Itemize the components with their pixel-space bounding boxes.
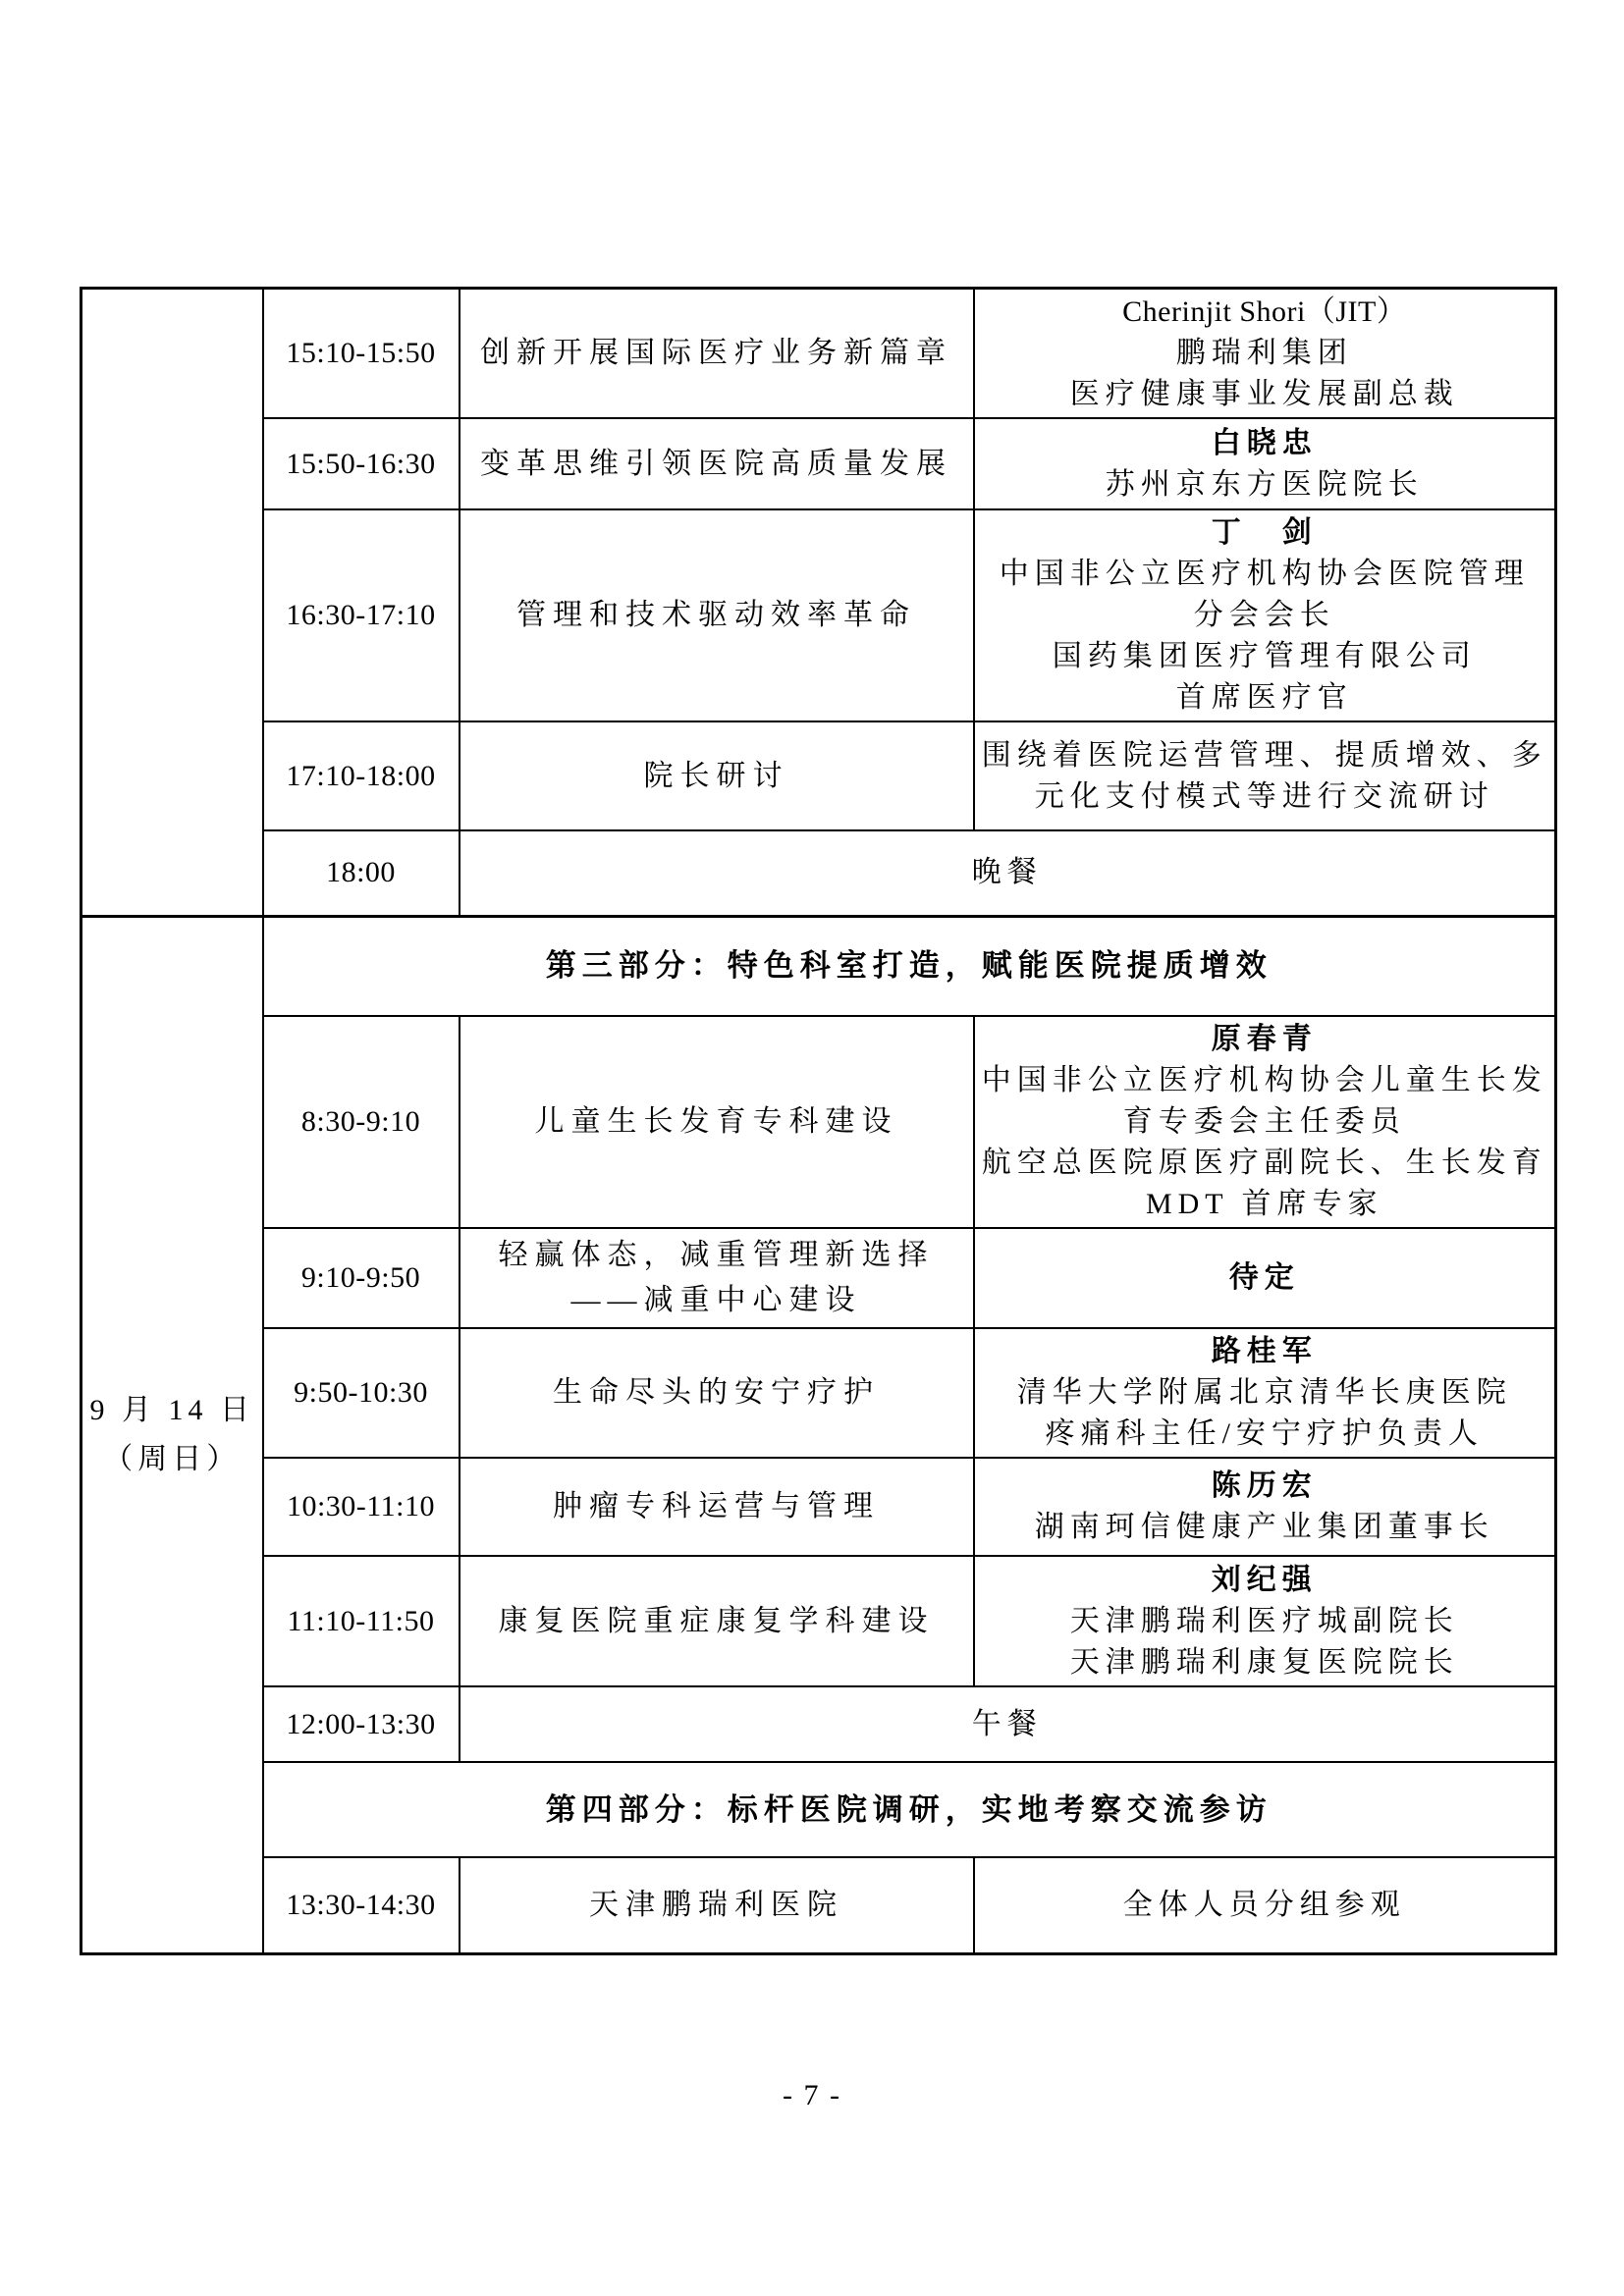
topic-cell: 院长研讨 bbox=[460, 721, 974, 830]
topic-line: 管理和技术驱动效率革命 bbox=[466, 593, 967, 638]
day-group-2: 9 月 14 日（周日）第三部分：特色科室打造，赋能医院提质增效8:30-9:1… bbox=[81, 916, 1556, 1953]
speaker-line: 天津鹏瑞利康复医院院长 bbox=[981, 1642, 1549, 1683]
table-row: 10:30-11:10肿瘤专科运营与管理陈历宏湖南珂信健康产业集团董事长 bbox=[81, 1458, 1556, 1556]
time-cell: 9:50-10:30 bbox=[263, 1328, 460, 1458]
speaker-line: 中国非公立医疗机构协会儿童生长发 bbox=[981, 1060, 1549, 1101]
section-header-cell: 第三部分：特色科室打造，赋能医院提质增效 bbox=[263, 916, 1556, 1016]
date-line: 9 月 14 日 bbox=[88, 1386, 256, 1435]
time-cell: 16:30-17:10 bbox=[263, 509, 460, 721]
date-cell: 9 月 14 日（周日） bbox=[81, 916, 263, 1953]
speaker-line: 原春青 bbox=[981, 1019, 1549, 1060]
table-row: 18:00晚餐 bbox=[81, 830, 1556, 916]
table-row: 16:30-17:10管理和技术驱动效率革命丁 剑中国非公立医疗机构协会医院管理… bbox=[81, 509, 1556, 721]
topic-line: 生命尽头的安宁疗护 bbox=[466, 1370, 967, 1415]
time-cell: 12:00-13:30 bbox=[263, 1686, 460, 1762]
time-cell: 11:10-11:50 bbox=[263, 1556, 460, 1686]
speaker-cell: 刘纪强天津鹏瑞利医疗城副院长天津鹏瑞利康复医院院长 bbox=[974, 1556, 1556, 1686]
topic-cell: 康复医院重症康复学科建设 bbox=[460, 1556, 974, 1686]
topic-line: 康复医院重症康复学科建设 bbox=[466, 1599, 967, 1644]
speaker-line: 元化支付模式等进行交流研讨 bbox=[981, 776, 1549, 818]
table-row: 15:50-16:30变革思维引领医院高质量发展白晓忠苏州京东方医院院长 bbox=[81, 418, 1556, 509]
table-row: 15:10-15:50创新开展国际医疗业务新篇章Cherinjit Shori（… bbox=[81, 289, 1556, 419]
speaker-line: MDT 首席专家 bbox=[981, 1184, 1549, 1225]
speaker-line: 待定 bbox=[981, 1257, 1549, 1299]
page-number: - 7 - bbox=[0, 2079, 1624, 2112]
speaker-line: 医疗健康事业发展副总裁 bbox=[981, 374, 1549, 415]
table-row: 12:00-13:30午餐 bbox=[81, 1686, 1556, 1762]
time-cell: 9:10-9:50 bbox=[263, 1228, 460, 1328]
topic-line: ——减重中心建设 bbox=[466, 1278, 967, 1323]
topic-line: 肿瘤专科运营与管理 bbox=[466, 1484, 967, 1529]
speaker-line: 天津鹏瑞利医疗城副院长 bbox=[981, 1601, 1549, 1642]
speaker-line: 育专委会主任委员 bbox=[981, 1101, 1549, 1143]
table-row: 9:50-10:30生命尽头的安宁疗护路桂军清华大学附属北京清华长庚医院疼痛科主… bbox=[81, 1328, 1556, 1458]
speaker-cell: 原春青中国非公立医疗机构协会儿童生长发育专委会主任委员航空总医院原医疗副院长、生… bbox=[974, 1016, 1556, 1228]
speaker-line: Cherinjit Shori（JIT） bbox=[981, 292, 1549, 333]
document-page: 15:10-15:50创新开展国际医疗业务新篇章Cherinjit Shori（… bbox=[0, 0, 1624, 2296]
speaker-line: 全体人员分组参观 bbox=[981, 1885, 1549, 1926]
speaker-cell: 陈历宏湖南珂信健康产业集团董事长 bbox=[974, 1458, 1556, 1556]
topic-cell: 变革思维引领医院高质量发展 bbox=[460, 418, 974, 509]
topic-line: 创新开展国际医疗业务新篇章 bbox=[466, 331, 967, 376]
speaker-line: 丁 剑 bbox=[981, 512, 1549, 554]
speaker-line: 路桂军 bbox=[981, 1331, 1549, 1372]
meal-cell: 晚餐 bbox=[460, 830, 1556, 916]
table-row: 8:30-9:10儿童生长发育专科建设原春青中国非公立医疗机构协会儿童生长发育专… bbox=[81, 1016, 1556, 1228]
time-cell: 8:30-9:10 bbox=[263, 1016, 460, 1228]
speaker-line: 分会会长 bbox=[981, 595, 1549, 636]
topic-line: 天津鹏瑞利医院 bbox=[466, 1883, 967, 1928]
speaker-cell: 丁 剑中国非公立医疗机构协会医院管理分会会长国药集团医疗管理有限公司首席医疗官 bbox=[974, 509, 1556, 721]
time-cell: 18:00 bbox=[263, 830, 460, 916]
topic-cell: 天津鹏瑞利医院 bbox=[460, 1857, 974, 1953]
day-group-1: 15:10-15:50创新开展国际医疗业务新篇章Cherinjit Shori（… bbox=[81, 289, 1556, 917]
topic-line: 变革思维引领医院高质量发展 bbox=[466, 442, 967, 487]
speaker-line: 陈历宏 bbox=[981, 1466, 1549, 1507]
table-row: 9:10-9:50轻赢体态，减重管理新选择——减重中心建设待定 bbox=[81, 1228, 1556, 1328]
speaker-line: 刘纪强 bbox=[981, 1560, 1549, 1601]
speaker-cell: 围绕着医院运营管理、提质增效、多元化支付模式等进行交流研讨 bbox=[974, 721, 1556, 830]
time-cell: 15:10-15:50 bbox=[263, 289, 460, 419]
speaker-line: 苏州京东方医院院长 bbox=[981, 464, 1549, 506]
speaker-line: 航空总医院原医疗副院长、生长发育 bbox=[981, 1143, 1549, 1184]
speaker-cell: 路桂军清华大学附属北京清华长庚医院疼痛科主任/安宁疗护负责人 bbox=[974, 1328, 1556, 1458]
speaker-line: 国药集团医疗管理有限公司 bbox=[981, 636, 1549, 677]
speaker-line: 首席医疗官 bbox=[981, 677, 1549, 719]
time-cell: 15:50-16:30 bbox=[263, 418, 460, 509]
speaker-cell: 白晓忠苏州京东方医院院长 bbox=[974, 418, 1556, 509]
topic-cell: 儿童生长发育专科建设 bbox=[460, 1016, 974, 1228]
speaker-line: 鹏瑞利集团 bbox=[981, 333, 1549, 374]
topic-cell: 轻赢体态，减重管理新选择——减重中心建设 bbox=[460, 1228, 974, 1328]
speaker-cell: 待定 bbox=[974, 1228, 1556, 1328]
agenda-table: 15:10-15:50创新开展国际医疗业务新篇章Cherinjit Shori（… bbox=[80, 287, 1557, 1955]
table-row: 13:30-14:30天津鹏瑞利医院全体人员分组参观 bbox=[81, 1857, 1556, 1953]
time-cell: 10:30-11:10 bbox=[263, 1458, 460, 1556]
topic-line: 儿童生长发育专科建设 bbox=[466, 1099, 967, 1145]
time-cell: 13:30-14:30 bbox=[263, 1857, 460, 1953]
table-row: 第四部分：标杆医院调研，实地考察交流参访 bbox=[81, 1762, 1556, 1857]
topic-cell: 生命尽头的安宁疗护 bbox=[460, 1328, 974, 1458]
speaker-line: 清华大学附属北京清华长庚医院 bbox=[981, 1372, 1549, 1414]
speaker-line: 中国非公立医疗机构协会医院管理 bbox=[981, 554, 1549, 595]
topic-line: 轻赢体态，减重管理新选择 bbox=[466, 1233, 967, 1278]
topic-cell: 创新开展国际医疗业务新篇章 bbox=[460, 289, 974, 419]
meal-cell: 午餐 bbox=[460, 1686, 1556, 1762]
time-cell: 17:10-18:00 bbox=[263, 721, 460, 830]
topic-line: 院长研讨 bbox=[466, 754, 967, 799]
speaker-cell: Cherinjit Shori（JIT）鹏瑞利集团医疗健康事业发展副总裁 bbox=[974, 289, 1556, 419]
speaker-line: 疼痛科主任/安宁疗护负责人 bbox=[981, 1414, 1549, 1455]
speaker-line: 围绕着医院运营管理、提质增效、多 bbox=[981, 735, 1549, 776]
topic-cell: 管理和技术驱动效率革命 bbox=[460, 509, 974, 721]
topic-cell: 肿瘤专科运营与管理 bbox=[460, 1458, 974, 1556]
table-row: 17:10-18:00院长研讨围绕着医院运营管理、提质增效、多元化支付模式等进行… bbox=[81, 721, 1556, 830]
date-line: （周日） bbox=[88, 1435, 256, 1484]
table-row: 11:10-11:50康复医院重症康复学科建设刘纪强天津鹏瑞利医疗城副院长天津鹏… bbox=[81, 1556, 1556, 1686]
speaker-cell: 全体人员分组参观 bbox=[974, 1857, 1556, 1953]
table-row: 9 月 14 日（周日）第三部分：特色科室打造，赋能医院提质增效 bbox=[81, 916, 1556, 1016]
speaker-line: 湖南珂信健康产业集团董事长 bbox=[981, 1507, 1549, 1548]
date-cell bbox=[81, 289, 263, 917]
section-header-cell: 第四部分：标杆医院调研，实地考察交流参访 bbox=[263, 1762, 1556, 1857]
speaker-line: 白晓忠 bbox=[981, 423, 1549, 464]
